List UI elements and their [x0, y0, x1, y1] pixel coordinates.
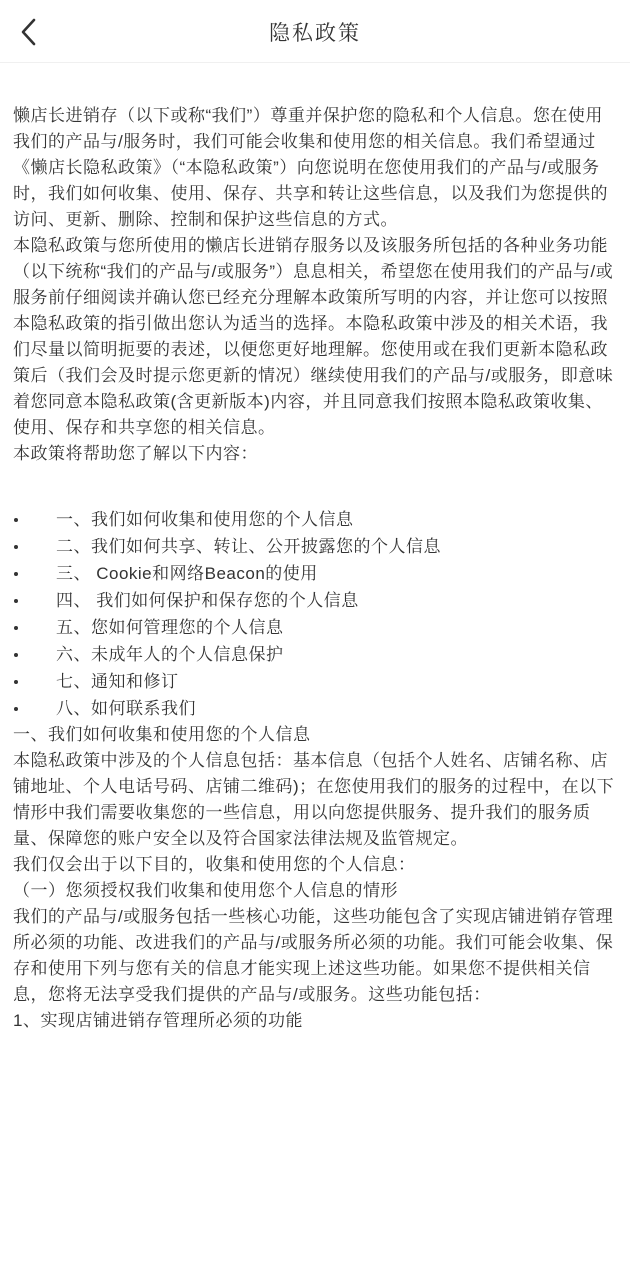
purpose-lead-paragraph: 我们仅会出于以下目的，收集和使用您的个人信息： [13, 852, 617, 878]
bullet-dot-icon [13, 587, 56, 614]
toc-item-label: 六、未成年人的个人信息保护 [56, 641, 284, 668]
bullet-dot-icon [13, 560, 56, 587]
toc-item: 七、通知和修订 [13, 668, 617, 695]
intro-paragraph-2: 本隐私政策与您所使用的懒店长进销存服务以及该服务所包括的各种业务功能（以下统称“… [13, 233, 617, 441]
toc-item: 八、如何联系我们 [13, 695, 617, 722]
toc-lead-paragraph: 本政策将帮助您了解以下内容： [13, 441, 617, 467]
section1-heading: 一、我们如何收集和使用您的个人信息 [13, 722, 617, 748]
bullet-dot-icon [13, 614, 56, 641]
bullet-dot-icon [13, 668, 56, 695]
intro-paragraph-1: 懒店长进销存（以下或称“我们”）尊重并保护您的隐私和个人信息。您在使用我们的产品… [13, 103, 617, 233]
toc-item: 一、我们如何收集和使用您的个人信息 [13, 506, 617, 533]
toc-item: 五、您如何管理您的个人信息 [13, 614, 617, 641]
toc-item-label: 四、 我们如何保护和保存您的个人信息 [56, 587, 359, 614]
bullet-dot-icon [13, 533, 56, 560]
toc-list: 一、我们如何收集和使用您的个人信息 二、我们如何共享、转让、公开披露您的个人信息… [13, 506, 617, 722]
toc-item: 二、我们如何共享、转让、公开披露您的个人信息 [13, 533, 617, 560]
core-functions-paragraph: 我们的产品与/或服务包括一些核心功能，这些功能包含了实现店铺进销存管理所必须的功… [13, 904, 617, 1008]
header-bar: 隐私政策 [0, 0, 630, 63]
bullet-dot-icon [13, 506, 56, 533]
toc-item-label: 三、 Cookie和网络Beacon的使用 [56, 560, 318, 587]
toc-item-label: 五、您如何管理您的个人信息 [56, 614, 284, 641]
page-title: 隐私政策 [0, 0, 630, 63]
toc-item-label: 七、通知和修订 [56, 668, 179, 695]
function-item-1: 1、实现店铺进销存管理所必须的功能 [13, 1008, 617, 1034]
personal-info-scope-paragraph: 本隐私政策中涉及的个人信息包括：基本信息（包括个人姓名、店铺名称、店铺地址、个人… [13, 748, 617, 852]
sub-section1-heading: （一）您须授权我们收集和使用您个人信息的情形 [13, 878, 617, 904]
toc-item-label: 一、我们如何收集和使用您的个人信息 [56, 506, 354, 533]
toc-item: 六、未成年人的个人信息保护 [13, 641, 617, 668]
toc-item-label: 八、如何联系我们 [56, 695, 196, 722]
policy-document: 懒店长进销存（以下或称“我们”）尊重并保护您的隐私和个人信息。您在使用我们的产品… [0, 63, 630, 1034]
toc-item-label: 二、我们如何共享、转让、公开披露您的个人信息 [56, 533, 441, 560]
toc-item: 四、 我们如何保护和保存您的个人信息 [13, 587, 617, 614]
toc-item: 三、 Cookie和网络Beacon的使用 [13, 560, 617, 587]
bullet-dot-icon [13, 641, 56, 668]
bullet-dot-icon [13, 695, 56, 722]
